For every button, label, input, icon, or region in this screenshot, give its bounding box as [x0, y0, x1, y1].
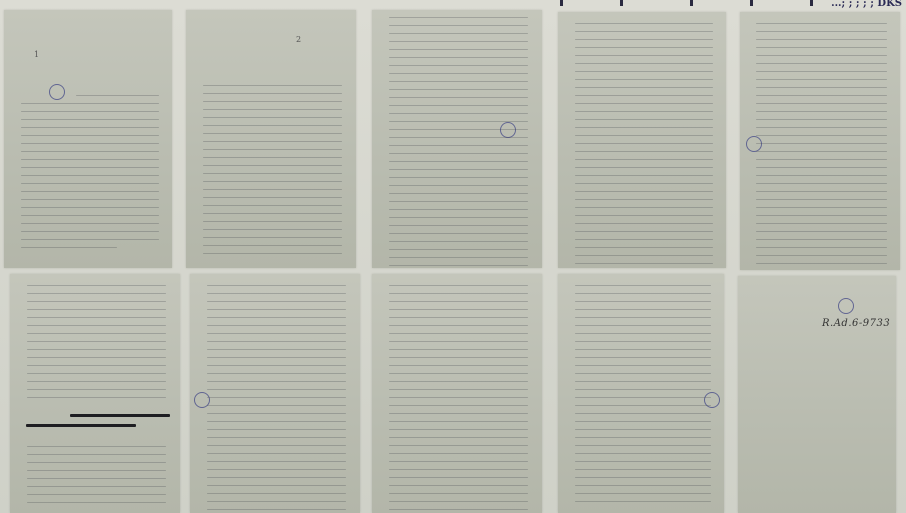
- top-strip: ...; ; ; ; ; DKS: [560, 0, 906, 10]
- manuscript-page-2: 2: [186, 10, 356, 268]
- stamp-icon: [838, 298, 854, 314]
- manuscript-page-6: [10, 274, 180, 513]
- typed-insert-line: [70, 414, 170, 417]
- typed-insert-line: [26, 424, 136, 427]
- manuscript-page-5: [740, 12, 900, 270]
- archive-label: R.Ad.6-9733: [822, 318, 890, 329]
- manuscript-page-9: [558, 274, 724, 513]
- manuscript-page-10: R.Ad.6-9733: [738, 276, 896, 513]
- manuscript-page-7: [190, 274, 360, 513]
- manuscript-page-8: [372, 274, 542, 513]
- manuscript-page-4: [558, 12, 726, 268]
- manuscript-page-1: 1: [4, 10, 172, 268]
- manuscript-page-3: [372, 10, 542, 268]
- top-strip-text: ...; ; ; ; ; DKS: [831, 0, 902, 9]
